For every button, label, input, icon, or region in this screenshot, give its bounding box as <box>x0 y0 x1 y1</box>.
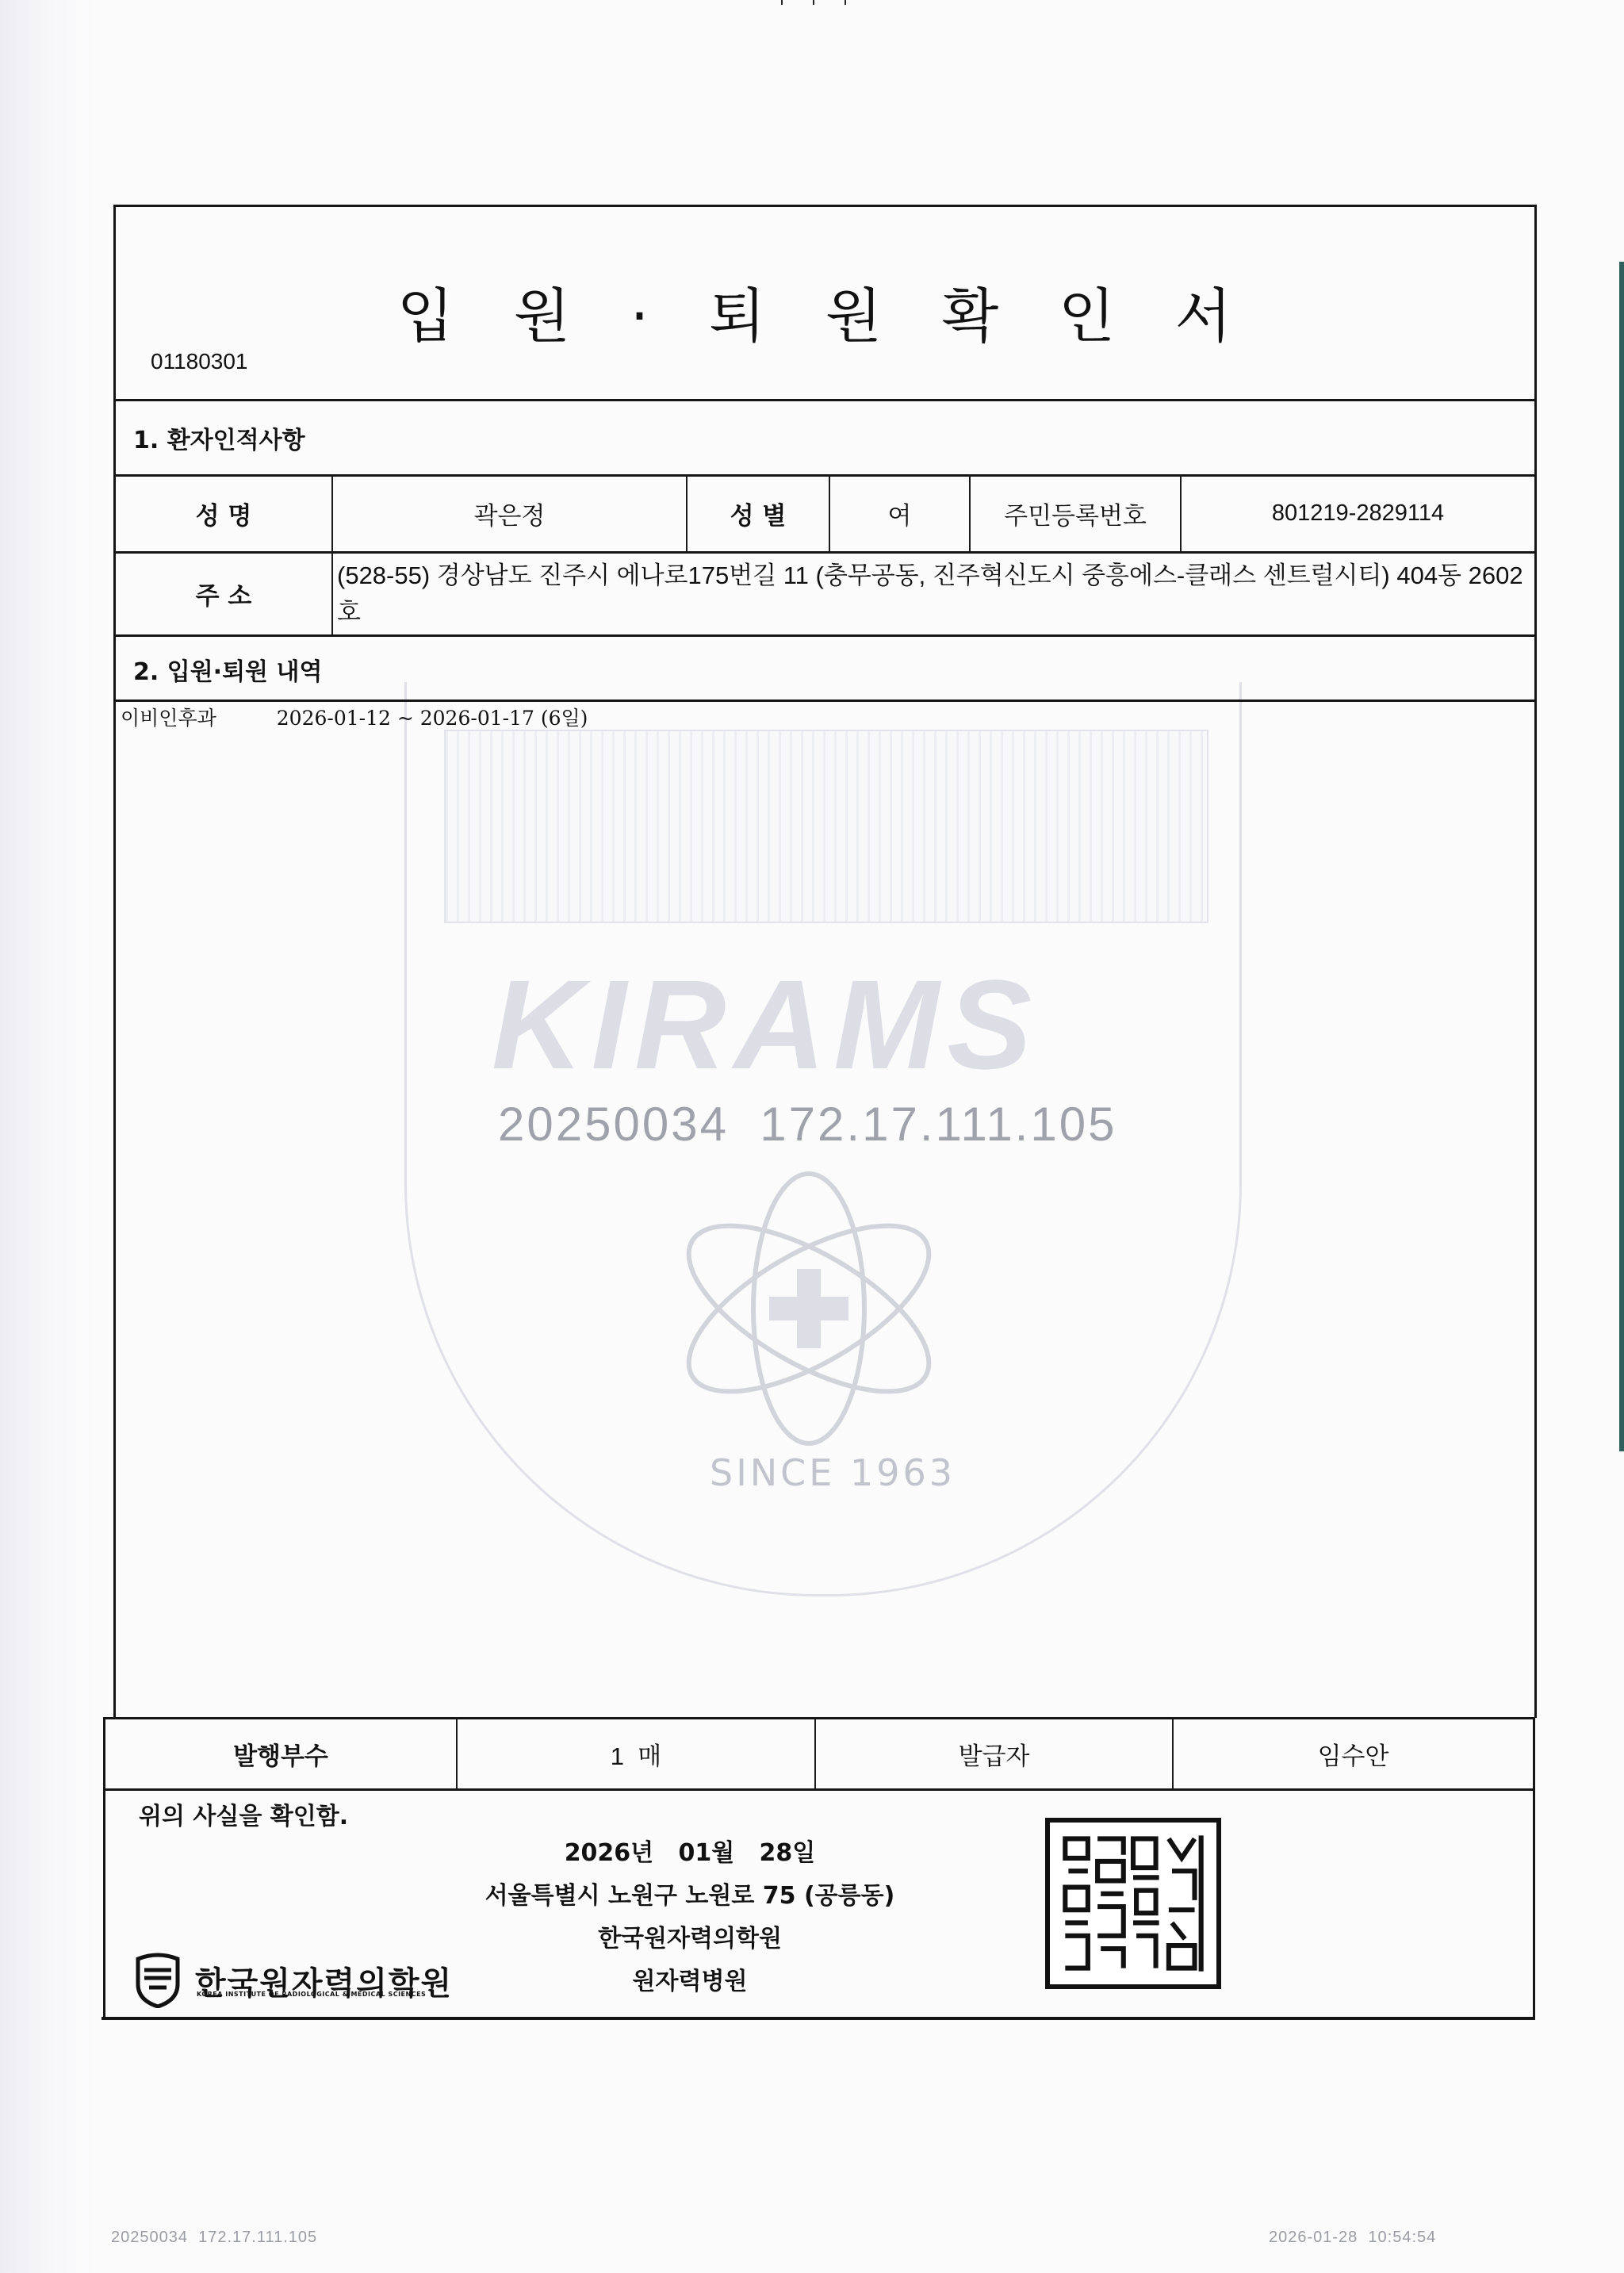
watermark-building-icon <box>444 730 1208 923</box>
issuer-label: 발급자 <box>816 1719 1172 1788</box>
gender-label: 성 별 <box>688 476 829 551</box>
record-period: 2026-01-12 ~ 2026-01-17 (6일) <box>277 707 588 730</box>
copies-value: 1 매 <box>458 1719 814 1788</box>
scan-artifact <box>781 0 783 5</box>
divider <box>113 634 1537 637</box>
scan-artifact <box>845 0 846 5</box>
rrn-label: 주민등록번호 <box>971 476 1180 551</box>
admission-record: 이비인후과2026-01-12 ~ 2026-01-17 (6일) <box>121 703 588 731</box>
frame-right <box>1534 205 1537 1718</box>
frame-top <box>113 205 1537 207</box>
patient-rrn: 801219-2829114 <box>1182 476 1534 551</box>
kirams-shield-icon <box>133 1953 182 2008</box>
frame-left <box>113 205 116 1718</box>
patient-name: 곽은정 <box>333 476 686 551</box>
scan-artifact <box>813 0 814 5</box>
print-footer-id: 20250034 172.17.111.105 <box>111 2229 317 2247</box>
watermark-brand: KIRAMS <box>492 952 1040 1098</box>
copies-label: 발행부수 <box>105 1719 456 1788</box>
watermark-atom-icon <box>666 1166 952 1451</box>
watermark-user-ip: 20250034 172.17.111.105 <box>498 1097 1116 1152</box>
divider <box>113 700 1537 702</box>
document-code: 01180301 <box>151 349 248 374</box>
confirmation-statement: 위의 사실을 확인함. <box>139 1796 348 1831</box>
institution-logo: 한국원자력의학원 KOREA INSTITUTE OF RADIOLOGICAL… <box>133 1953 453 2008</box>
logo-subtitle: KOREA INSTITUTE OF RADIOLOGICAL & MEDICA… <box>197 1991 426 1998</box>
frame-right-lower <box>1533 1717 1535 2018</box>
document-title: 입 원 · 퇴 원 확 인 서 <box>113 270 1536 354</box>
divider <box>113 399 1537 401</box>
seal-glyphs <box>1050 1823 1216 1984</box>
institution-name: 한국원자력의학원 <box>444 1918 936 1961</box>
watermark-since: SINCE 1963 <box>710 1451 956 1494</box>
address-label: 주 소 <box>116 553 331 634</box>
frame-bottom <box>101 2017 1535 2020</box>
print-footer-timestamp: 2026-01-28 10:54:54 <box>1269 2229 1436 2247</box>
section-2-heading: 2. 입원·퇴원 내역 <box>133 652 322 687</box>
issuer-block: 2026년 01월 28일 서울특별시 노원구 노원로 75 (공릉동) 한국원… <box>444 1832 936 2003</box>
hospital-name: 원자력병원 <box>444 1961 936 2003</box>
record-department: 이비인후과 <box>121 707 216 730</box>
scan-shadow <box>0 0 95 2273</box>
institution-address: 서울특별시 노원구 노원로 75 (공릉동) <box>444 1875 936 1918</box>
issue-date: 2026년 01월 28일 <box>444 1832 936 1875</box>
section-1-heading: 1. 환자인적사항 <box>133 420 305 455</box>
patient-address: (528-55) 경상남도 진주시 에나로175번길 11 (충무공동, 진주혁… <box>337 558 1526 631</box>
name-label: 성 명 <box>116 476 331 551</box>
issuer-name: 임수안 <box>1174 1719 1533 1788</box>
divider <box>103 1788 1535 1791</box>
scan-edge-strip <box>1619 262 1624 1451</box>
official-seal-icon <box>1045 1818 1221 1989</box>
patient-gender: 여 <box>830 476 969 551</box>
